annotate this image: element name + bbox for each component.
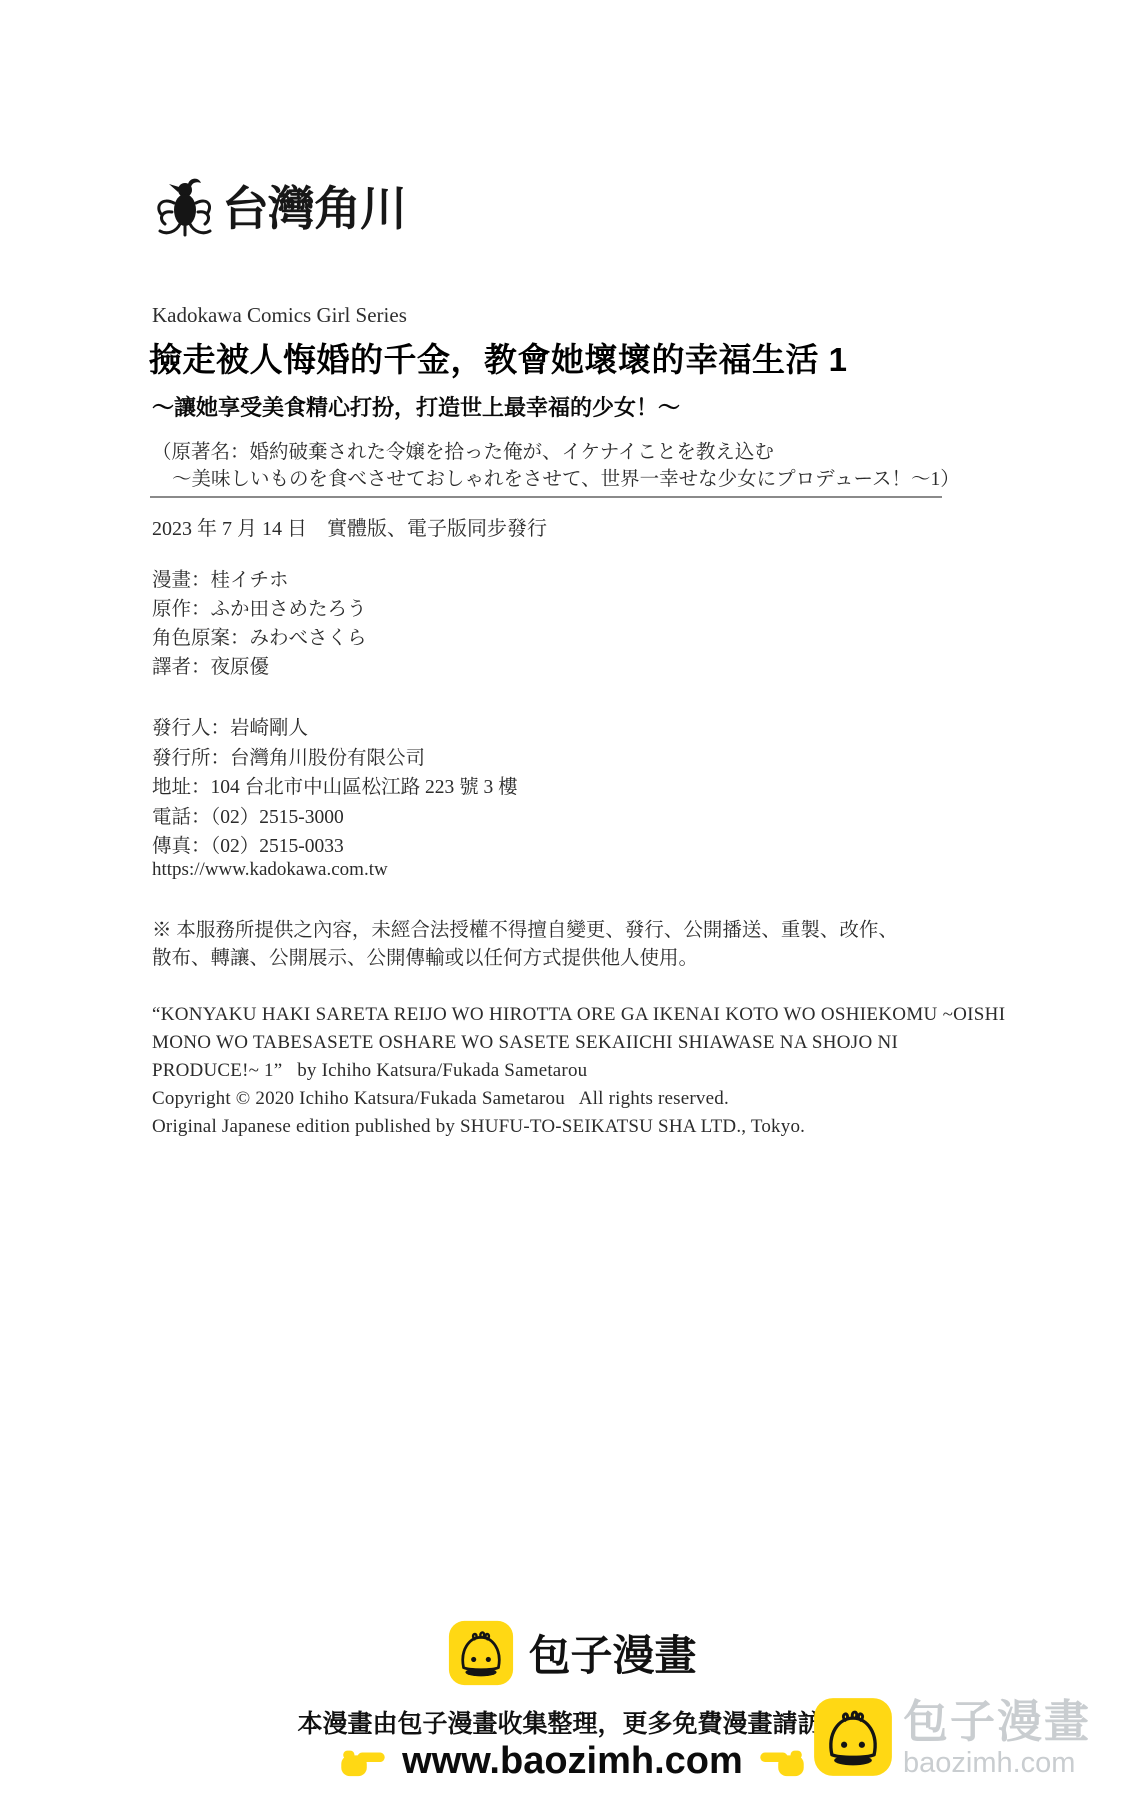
pointing-left-hand-icon — [759, 1745, 805, 1779]
credit-line-artist: 漫畫：桂イチホ — [152, 566, 367, 595]
watermark-text: 包子漫畫 baozimh.com — [903, 1697, 1091, 1779]
credit-line-author: 原作：ふか田さめたろう — [152, 595, 367, 624]
publisher-line-fax: 傳真：（02）2515-0033 — [152, 832, 518, 862]
publisher-logo: 台灣角川 — [150, 172, 406, 239]
copyright-line: Copyright © 2020 Ichiho Katsura/Fukada S… — [152, 1085, 1005, 1113]
disclaimer-line2: 散布、轉讓、公開展示、公開傳輸或以任何方式提供他人使用。 — [152, 945, 898, 973]
series-label: Kadokawa Comics Girl Series — [152, 303, 407, 328]
original-edition-line: Original Japanese edition published by S… — [152, 1113, 1005, 1141]
watermark-baozi-icon — [813, 1697, 893, 1777]
phoenix-icon — [150, 174, 214, 238]
copyright-title-line3: PRODUCE!~ 1” by Ichiho Katsura/Fukada Sa… — [152, 1057, 1005, 1085]
copyright-notice: “KONYAKU HAKI SARETA REIJO WO HIROTTA OR… — [152, 1001, 1005, 1141]
baozi-brand-row: 包子漫畫 — [8, 1620, 1129, 1686]
publisher-line-company: 發行所：台灣角川股份有限公司 — [152, 744, 518, 774]
copyright-title-line2: MONO WO TABESASETE OSHARE WO SASETE SEKA… — [152, 1029, 1005, 1057]
watermark-domain: baozimh.com — [903, 1747, 1091, 1779]
baozimh-url-link[interactable]: www.baozimh.com — [402, 1740, 743, 1783]
original-title-line2: ～美味しいものを食べさせておしゃれをさせて、世界一幸せな少女にプロデュース！～1… — [152, 463, 960, 491]
publisher-line-issuer: 發行人：岩崎剛人 — [152, 714, 518, 744]
original-title-line1: （原著名：婚約破棄された令嬢を拾った俺が、イケナイことを教え込む — [152, 436, 774, 464]
publisher-line-address: 地址：104 台北市中山區松江路 223 號 3 樓 — [152, 773, 518, 803]
book-subtitle: ～讓她享受美食精心打扮，打造世上最幸福的少女！～ — [152, 391, 680, 422]
divider-line — [150, 496, 942, 498]
baozimh-watermark: 包子漫畫 baozimh.com — [813, 1697, 1091, 1779]
credits-list: 漫畫：桂イチホ 原作：ふか田さめたろう 角色原案：みわべさくら 譯者：夜原優 — [152, 566, 367, 682]
publisher-line-phone: 電話：（02）2515-3000 — [152, 803, 518, 833]
watermark-brand: 包子漫畫 — [903, 1697, 1091, 1747]
publisher-info-list: 發行人：岩崎剛人 發行所：台灣角川股份有限公司 地址：104 台北市中山區松江路… — [152, 714, 518, 862]
baozi-brand-name: 包子漫畫 — [528, 1623, 696, 1683]
credit-line-character-design: 角色原案：みわべさくら — [152, 624, 367, 653]
usage-disclaimer: ※ 本服務所提供之內容，未經合法授權不得擅自變更、發行、公開播送、重製、改作、 … — [152, 917, 898, 973]
kadokawa-website-link[interactable]: https://www.kadokawa.com.tw — [152, 859, 388, 881]
copyright-title-line1: “KONYAKU HAKI SARETA REIJO WO HIROTTA OR… — [152, 1001, 1005, 1029]
release-date: 2023 年 7 月 14 日 實體版、電子版同步發行 — [152, 512, 547, 541]
book-title: 撿走被人悔婚的千金，教會她壞壞的幸福生活 1 — [149, 334, 848, 381]
colophon-page: 台灣角川 Kadokawa Comics Girl Series 撿走被人悔婚的… — [0, 0, 1129, 1800]
pointing-right-hand-icon — [340, 1745, 386, 1779]
publisher-logo-text: 台灣角川 — [222, 172, 406, 239]
disclaimer-line1: ※ 本服務所提供之內容，未經合法授權不得擅自變更、發行、公開播送、重製、改作、 — [152, 917, 898, 945]
credit-line-translator: 譯者：夜原優 — [152, 653, 367, 682]
baozi-bun-icon — [448, 1620, 514, 1686]
